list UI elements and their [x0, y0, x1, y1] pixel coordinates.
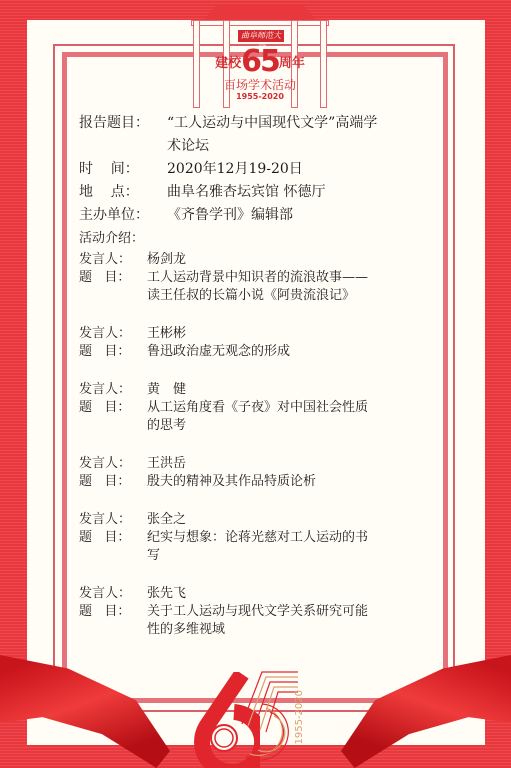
topic-value: “工人运动与中国现代文学”高端学 — [167, 112, 439, 135]
talk-title-cont: 写 — [79, 547, 439, 565]
gate-beam — [191, 20, 329, 26]
place-label: 地 点： — [79, 181, 167, 204]
talk-title-cont: 读王任叔的长篇小说《阿贵流浪记》 — [79, 287, 439, 305]
speaker-name: 王彬彬 — [147, 325, 439, 343]
host-row: 主办单位： 《齐鲁学刊》编辑部 — [79, 204, 439, 227]
title-label: 题 目： — [79, 343, 147, 361]
topic-row: 报告题目： “工人运动与中国现代文学”高端学 — [79, 112, 439, 135]
speaker-block: 发言人：王彬彬 题 目：鲁迅政治虚无观念的形成 — [79, 325, 439, 361]
anniv-prefix: 建校 — [215, 56, 241, 71]
speaker-label: 发言人： — [79, 511, 147, 529]
intro-heading: 活动介绍： — [79, 229, 439, 251]
anniversary-years: 1955-2020 — [185, 92, 335, 101]
anniversary-gate-header: 曲阜师范大学 建校65周年 百场学术活动 1955-2020 — [185, 0, 335, 110]
topic-label: 报告题目： — [79, 112, 167, 135]
time-value: 2020年12月19-20日 — [167, 158, 439, 181]
logo-years: 1955-2020 — [294, 690, 305, 745]
university-name: 曲阜师范大学 — [238, 30, 284, 42]
talk-title: 殷夫的精神及其作品特质论析 — [147, 473, 439, 491]
speaker-name: 王洪岳 — [147, 455, 439, 473]
title-label: 题 目： — [79, 269, 147, 287]
time-row: 时 间： 2020年12月19-20日 — [79, 158, 439, 181]
talk-title: 工人运动背景中知识者的流浪故事—— — [147, 269, 439, 287]
speaker-name: 张先飞 — [147, 585, 439, 603]
anniv-number: 65 — [241, 44, 279, 79]
speaker-label: 发言人： — [79, 251, 147, 269]
speaker-label: 发言人： — [79, 325, 147, 343]
talk-title-cont: 的思考 — [79, 417, 439, 435]
speaker-label: 发言人： — [79, 585, 147, 603]
title-label: 题 目： — [79, 529, 147, 547]
place-row: 地 点： 曲阜名雅杏坛宾馆 怀德厅 — [79, 181, 439, 204]
anniv-suffix: 周年 — [279, 56, 305, 71]
activity-intro: 活动介绍： 发言人：杨剑龙 题 目：工人运动背景中知识者的流浪故事—— 读王任叔… — [79, 229, 439, 639]
event-details: 报告题目： “工人运动与中国现代文学”高端学 术论坛 时 间： 2020年12月… — [79, 112, 439, 659]
host-value: 《齐鲁学刊》编辑部 — [167, 204, 439, 227]
speaker-block: 发言人：张先飞 题 目：关于工人运动与现代文学关系研究可能 性的多维视域 — [79, 585, 439, 639]
talk-title: 鲁迅政治虚无观念的形成 — [147, 343, 439, 361]
anniversary-65-logo: 1955-2020 — [190, 660, 310, 768]
number-five-lines-icon — [232, 664, 302, 764]
speaker-name: 张全之 — [147, 511, 439, 529]
time-label: 时 间： — [79, 158, 167, 181]
talk-title: 从工运角度看《子夜》对中国社会性质 — [147, 399, 439, 417]
speaker-name: 杨剑龙 — [147, 251, 439, 269]
speaker-block: 发言人：黄 健 题 目：从工运角度看《子夜》对中国社会性质 的思考 — [79, 381, 439, 435]
speaker-block: 发言人：张全之 题 目：纪实与想象：论蒋光慈对工人运动的书 写 — [79, 511, 439, 565]
speaker-block: 发言人：杨剑龙 题 目：工人运动背景中知识者的流浪故事—— 读王任叔的长篇小说《… — [79, 251, 439, 305]
title-label: 题 目： — [79, 473, 147, 491]
speaker-label: 发言人： — [79, 381, 147, 399]
title-label: 题 目： — [79, 399, 147, 417]
talk-title: 关于工人运动与现代文学关系研究可能 — [147, 603, 439, 621]
talk-title: 纪实与想象：论蒋光慈对工人运动的书 — [147, 529, 439, 547]
speaker-label: 发言人： — [79, 455, 147, 473]
talk-title-cont: 性的多维视域 — [79, 621, 439, 639]
speaker-block: 发言人：王洪岳 题 目：殷夫的精神及其作品特质论析 — [79, 455, 439, 491]
event-series-subtitle: 百场学术活动 — [185, 76, 335, 93]
gate-roof-icon — [203, 0, 317, 22]
place-value: 曲阜名雅杏坛宾馆 怀德厅 — [167, 181, 439, 204]
host-label: 主办单位： — [79, 204, 167, 227]
speaker-name: 黄 健 — [147, 381, 439, 399]
topic-continuation: 术论坛 — [79, 135, 439, 158]
title-label: 题 目： — [79, 603, 147, 621]
anniversary-title: 建校65周年 — [185, 44, 335, 79]
